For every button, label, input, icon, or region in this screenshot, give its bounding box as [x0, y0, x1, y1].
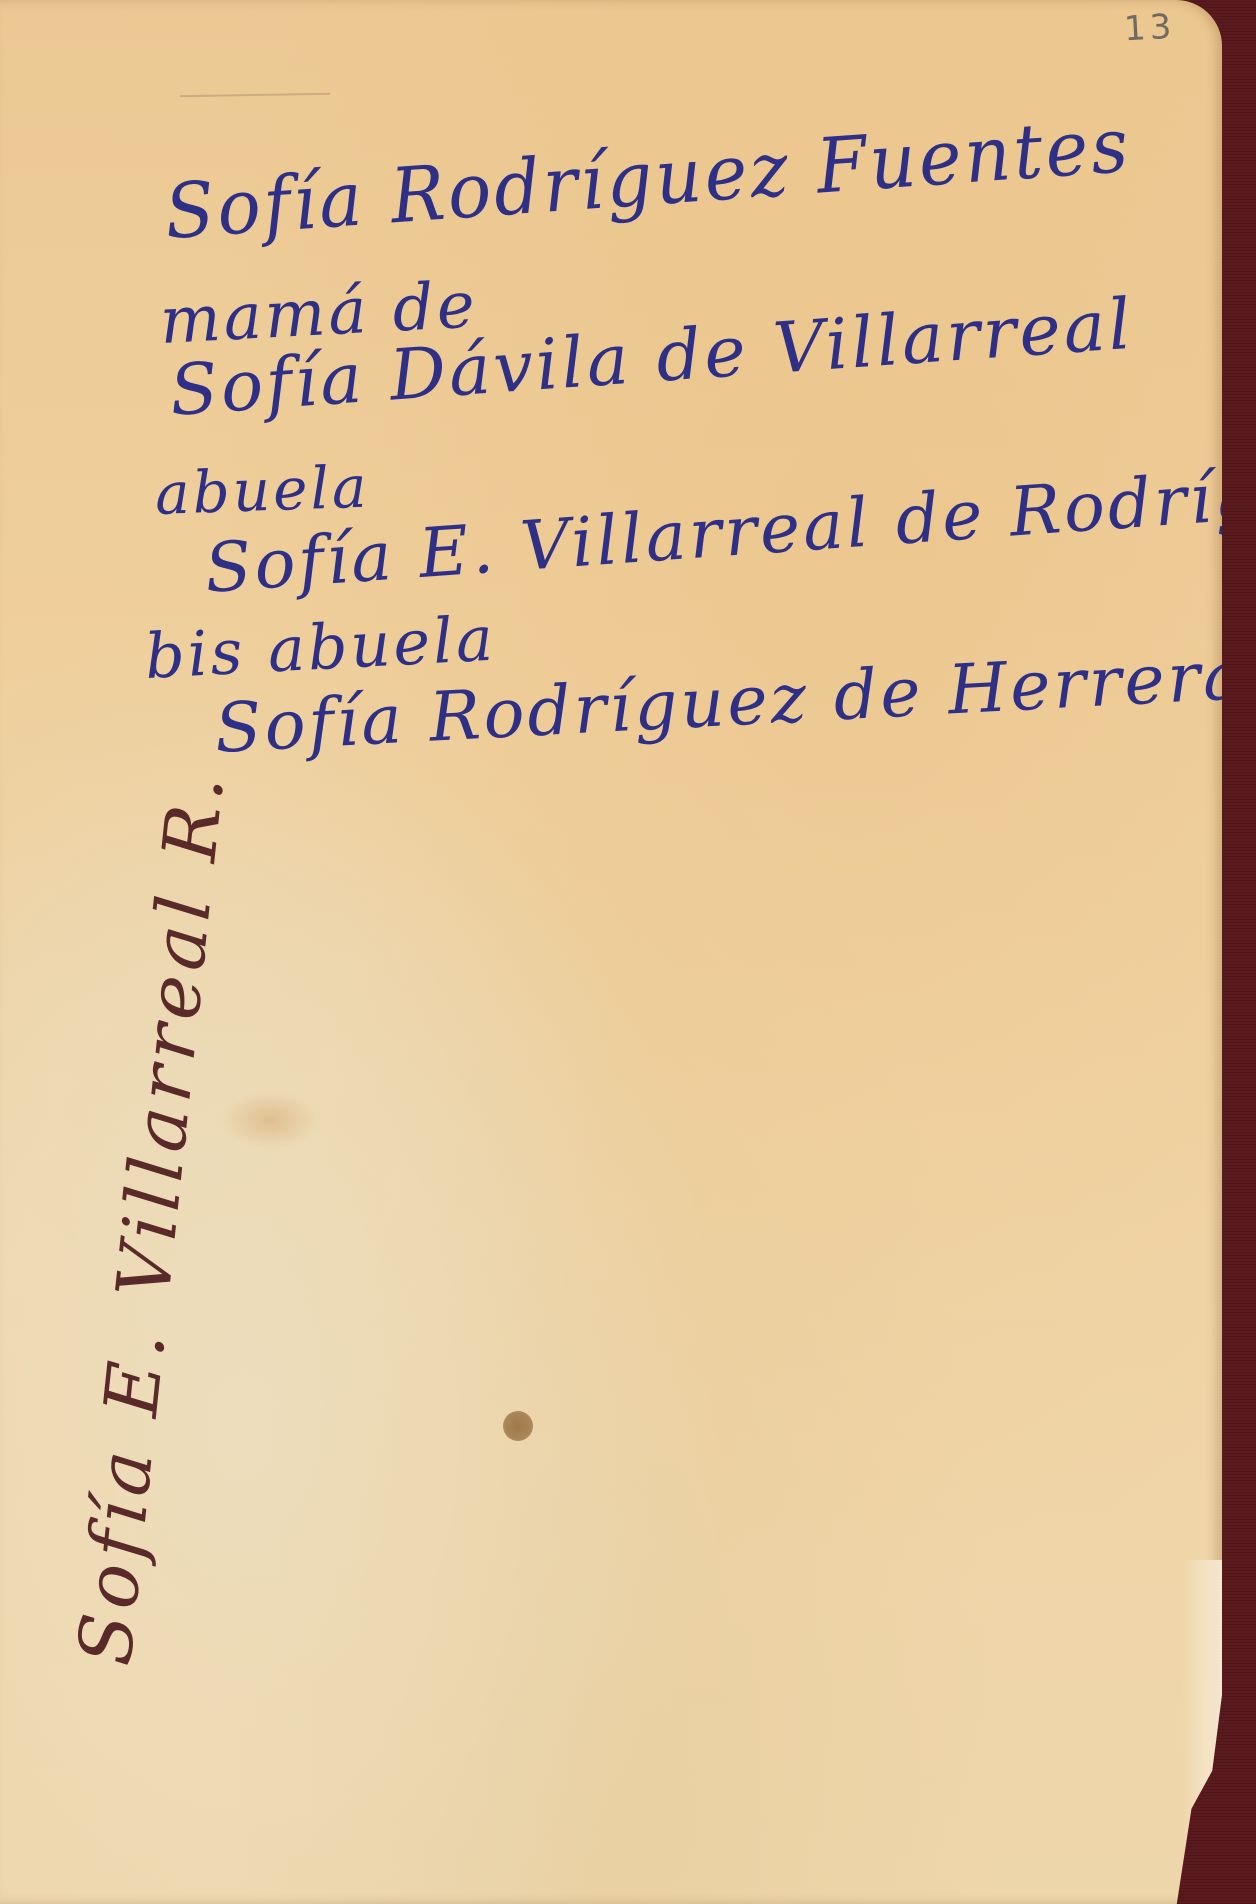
- page-number: 13: [1123, 7, 1176, 50]
- handwritten-line-4: abuela: [154, 453, 371, 528]
- document-card: 13 Sofía Rodríguez Fuentes mamá de Sofía…: [0, 0, 1222, 1904]
- paper-smudge: [220, 1090, 320, 1150]
- vertical-margin-signature: Sofía E. Villarreal R.: [62, 766, 242, 1669]
- handwritten-line-1: Sofía Rodríguez Fuentes: [162, 100, 1134, 256]
- faint-pencil-mark: [180, 93, 330, 98]
- ink-stain-dot: [503, 1411, 533, 1441]
